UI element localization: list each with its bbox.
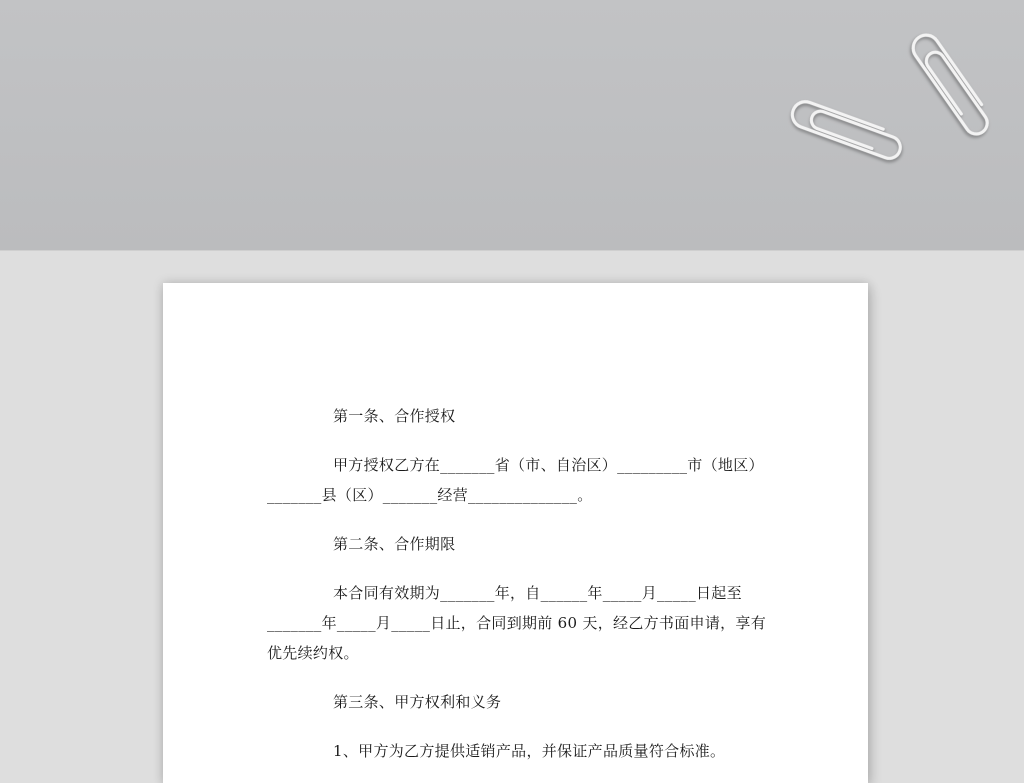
- section-paragraph: 1、甲方为乙方提供适销产品，并保证产品质量符合标准。: [267, 736, 767, 766]
- section-paragraph: 甲方授权乙方在_______省（市、自治区）_________市（地区）____…: [267, 450, 767, 510]
- contract-body: 第一条、合作授权 甲方授权乙方在_______省（市、自治区）_________…: [267, 401, 767, 766]
- section-paragraph: 本合同有效期为_______年，自______年_____月_____日起至__…: [267, 578, 767, 668]
- section-heading-1: 第一条、合作授权: [267, 401, 767, 431]
- document-page: 第一条、合作授权 甲方授权乙方在_______省（市、自治区）_________…: [163, 283, 868, 768]
- section-heading-3: 第三条、甲方权利和义务: [267, 687, 767, 717]
- paperclip-icon: [895, 25, 1010, 145]
- section-heading-2: 第二条、合作期限: [267, 529, 767, 559]
